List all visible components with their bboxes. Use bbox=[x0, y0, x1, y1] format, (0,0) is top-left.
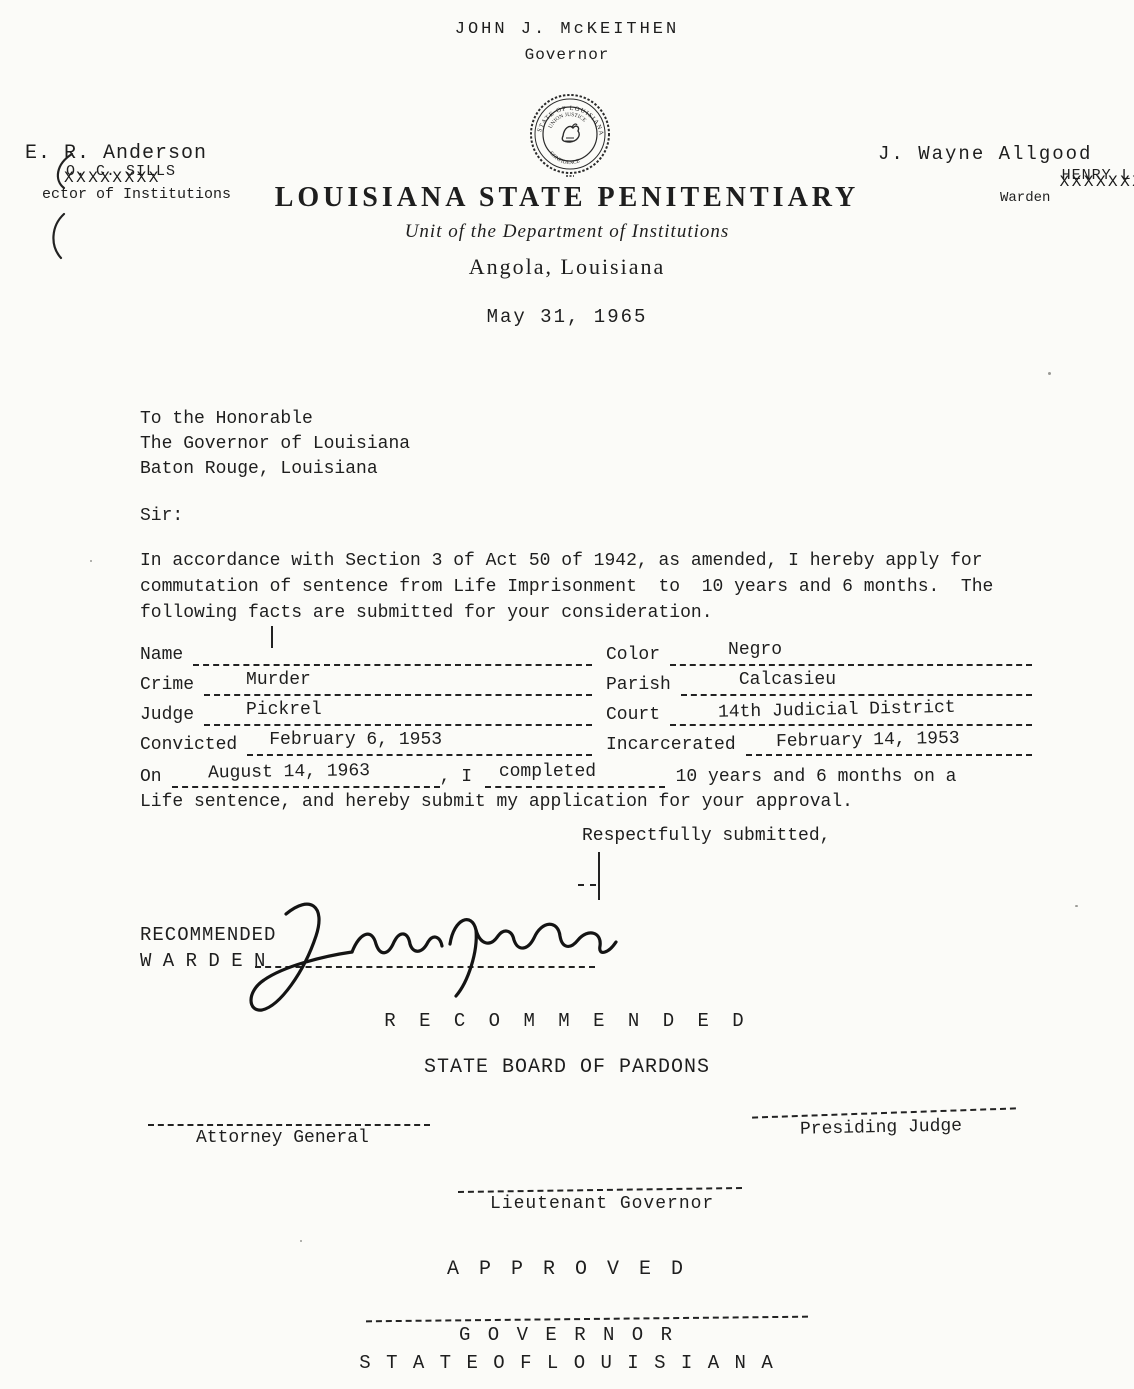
field-label-color: Color bbox=[606, 645, 660, 666]
field-value-court: 14th Judicial District bbox=[670, 694, 1032, 726]
warden-signature bbox=[228, 892, 618, 1017]
location-line: Angola, Louisiana bbox=[0, 254, 1134, 280]
seal-bottom-text: CONFIDENCE bbox=[548, 150, 581, 166]
body-paragraph-line-3: following facts are submitted for your c… bbox=[140, 601, 713, 626]
lieutenant-governor-line bbox=[458, 1187, 742, 1193]
field-convicted: February 6, 1953 bbox=[247, 728, 592, 756]
left-official-struck-name: O. C. SILLS XXXXXXXX bbox=[66, 162, 176, 180]
field-value-crime: Murder bbox=[204, 668, 592, 692]
field-value-judge: Pickrel bbox=[204, 698, 592, 722]
field-color: Negro bbox=[670, 638, 1032, 666]
scanned-letter-page: JOHN J. McKEITHEN Governor STATE OF LOUI… bbox=[0, 0, 1134, 1389]
svg-text:CONFIDENCE: CONFIDENCE bbox=[548, 150, 581, 166]
field-label-parish: Parish bbox=[606, 675, 671, 696]
salutation: Sir: bbox=[140, 504, 183, 529]
scan-speck bbox=[1075, 905, 1078, 907]
state-seal-icon: STATE OF LOUISIANA UNION JUSTICE CONFIDE… bbox=[528, 90, 612, 178]
scan-speck bbox=[300, 1240, 302, 1242]
field-value-convicted: February 6, 1953 bbox=[247, 728, 592, 752]
field-judge: Pickrel bbox=[204, 698, 592, 726]
field-parish: Calcasieu bbox=[681, 668, 1032, 696]
body-paragraph-line-2: commutation of sentence from Life Impris… bbox=[140, 575, 993, 600]
signature-redaction-dashes bbox=[578, 884, 596, 886]
sentence-mid-text: , I bbox=[440, 767, 483, 788]
scan-speck bbox=[1048, 372, 1051, 375]
field-value-completed: completed bbox=[485, 760, 665, 784]
field-court: 14th Judicial District bbox=[670, 698, 1032, 726]
field-incarcerated: February 14, 1953 bbox=[746, 728, 1032, 756]
governor-title: Governor bbox=[0, 46, 1134, 64]
scan-speck bbox=[90, 560, 92, 562]
field-value-completion-date: August 14, 1963 bbox=[171, 758, 439, 786]
on-label: On bbox=[140, 767, 162, 788]
address-line-1: To the Honorable bbox=[140, 407, 313, 432]
governor-name: JOHN J. McKEITHEN bbox=[0, 20, 1134, 39]
field-name bbox=[193, 638, 592, 666]
sentence-tail-text: 10 years and 6 months on a bbox=[665, 767, 957, 788]
form-row-name-color: Name Color Negro bbox=[140, 638, 1032, 666]
unit-subtitle: Unit of the Department of Institutions bbox=[0, 221, 1134, 243]
governor-signature-line bbox=[366, 1316, 808, 1323]
field-label-name: Name bbox=[140, 645, 183, 666]
field-value-color: Negro bbox=[670, 638, 1032, 662]
attorney-general-label: Attorney General bbox=[196, 1128, 369, 1148]
field-completed-word: completed bbox=[485, 760, 665, 788]
lieutenant-governor-label: Lieutenant Governor bbox=[490, 1194, 714, 1214]
field-value-parish: Calcasieu bbox=[681, 668, 1032, 692]
form-row-crime-parish: Crime Murder Parish Calcasieu bbox=[140, 668, 1032, 696]
form-row-judge-court: Judge Pickrel Court 14th Judicial Distri… bbox=[140, 698, 1032, 726]
pelican-emblem-icon bbox=[562, 124, 579, 142]
field-label-incarcerated: Incarcerated bbox=[606, 735, 736, 756]
state-board-of-pardons-label: STATE BOARD OF PARDONS bbox=[0, 1056, 1134, 1079]
form-row-convicted-incarcerated: Convicted February 6, 1953 Incarcerated … bbox=[140, 728, 1032, 756]
recommended-board-label: R E C O M M E N D E D bbox=[0, 1010, 1134, 1032]
address-line-3: Baton Rouge, Louisiana bbox=[140, 457, 378, 482]
attorney-general-line bbox=[148, 1124, 430, 1126]
completion-sentence-line-2: Life sentence, and hereby submit my appl… bbox=[140, 790, 853, 815]
state-of-louisiana-label: S T A T E O F L O U I S I A N A bbox=[0, 1352, 1134, 1374]
institution-title: LOUISIANA STATE PENITENTIARY bbox=[0, 182, 1134, 214]
presiding-judge-label: Presiding Judge bbox=[800, 1116, 962, 1139]
approved-label: A P P R O V E D bbox=[0, 1258, 1134, 1281]
field-value-incarcerated: February 14, 1953 bbox=[745, 726, 1032, 755]
letter-date: May 31, 1965 bbox=[0, 306, 1134, 328]
respectfully-submitted: Respectfully submitted, bbox=[582, 824, 830, 849]
address-line-2: The Governor of Louisiana bbox=[140, 432, 410, 457]
name-redaction-mark bbox=[271, 626, 273, 648]
governor-label: G O V E R N O R bbox=[0, 1324, 1134, 1346]
completion-sentence-line-1: On August 14, 1963 , I completed 10 year… bbox=[140, 760, 1032, 788]
field-label-crime: Crime bbox=[140, 675, 194, 696]
field-crime: Murder bbox=[204, 668, 592, 696]
body-paragraph-line-1: In accordance with Section 3 of Act 50 o… bbox=[140, 549, 983, 574]
field-completion-date: August 14, 1963 bbox=[172, 760, 440, 788]
field-label-court: Court bbox=[606, 705, 660, 726]
field-label-convicted: Convicted bbox=[140, 735, 237, 756]
field-label-judge: Judge bbox=[140, 705, 194, 726]
right-official-name: J. Wayne Allgood bbox=[878, 143, 1092, 165]
